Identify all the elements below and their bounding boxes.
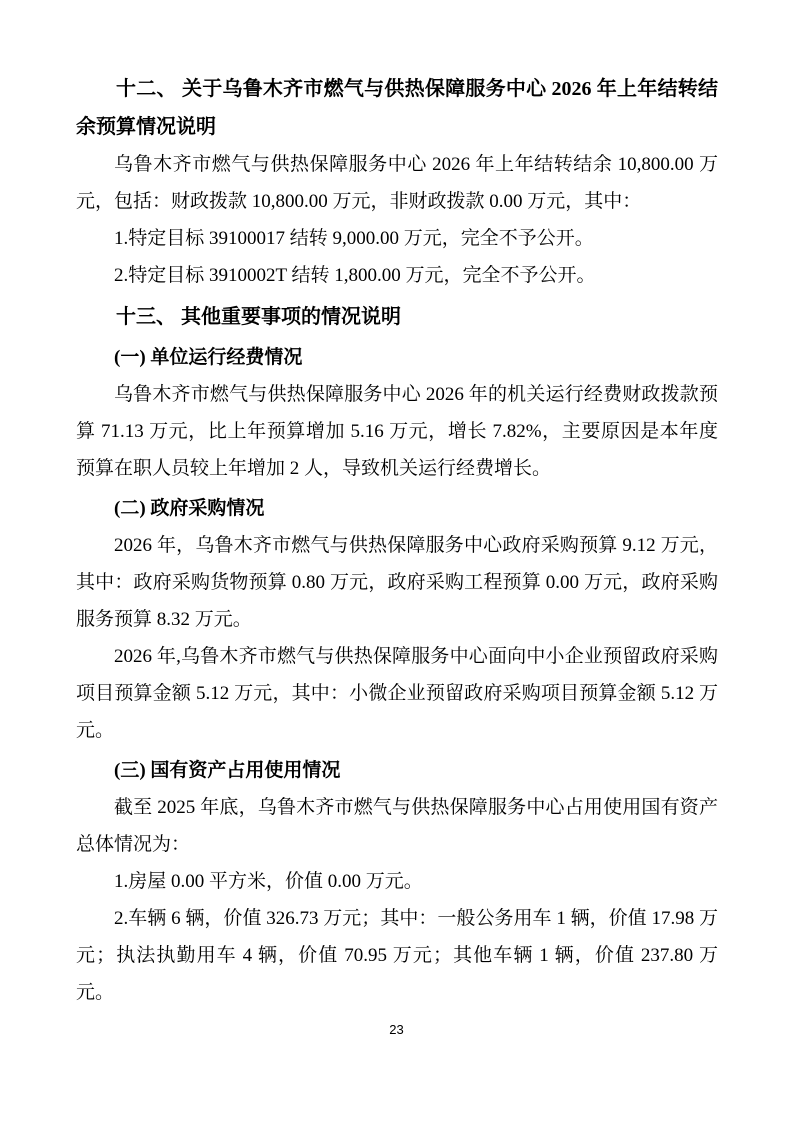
subsection-2-heading: (二) 政府采购情况: [76, 490, 718, 527]
section-12-heading: 十二、 关于乌鲁木齐市燃气与供热保障服务中心 2026 年上年结转结余预算情况说…: [76, 70, 718, 146]
page-number: 23: [0, 1022, 793, 1038]
document-body: 十二、 关于乌鲁木齐市燃气与供热保障服务中心 2026 年上年结转结余预算情况说…: [76, 70, 718, 1011]
list-item-vehicles: 2.车辆 6 辆，价值 326.73 万元；其中：一般公务用车 1 辆，价值 1…: [76, 900, 718, 1011]
subsection-1-heading: (一) 单位运行经费情况: [76, 339, 718, 376]
para-carryover-summary: 乌鲁木齐市燃气与供热保障服务中心 2026 年上年结转结余 10,800.00 …: [76, 146, 718, 220]
document-page: { "page": { "number": "23" }, "content":…: [0, 0, 793, 1122]
list-item-target-3910002t: 2.特定目标 3910002T 结转 1,800.00 万元，完全不予公开。: [76, 257, 718, 294]
list-item-target-39100017: 1.特定目标 39100017 结转 9,000.00 万元，完全不予公开。: [76, 220, 718, 257]
subsection-3-heading: (三) 国有资产占用使用情况: [76, 752, 718, 789]
para-assets-intro: 截至 2025 年底，乌鲁木齐市燃气与供热保障服务中心占用使用国有资产总体情况为…: [76, 789, 718, 863]
para-procurement-sme: 2026 年,乌鲁木齐市燃气与供热保障服务中心面向中小企业预留政府采购项目预算金…: [76, 638, 718, 749]
para-procurement-total: 2026 年，乌鲁木齐市燃气与供热保障服务中心政府采购预算 9.12 万元，其中…: [76, 527, 718, 638]
list-item-housing: 1.房屋 0.00 平方米，价值 0.00 万元。: [76, 863, 718, 900]
para-operating-expenses: 乌鲁木齐市燃气与供热保障服务中心 2026 年的机关运行经费财政拨款预算 71.…: [76, 376, 718, 487]
section-13-heading: 十三、 其他重要事项的情况说明: [76, 298, 718, 336]
